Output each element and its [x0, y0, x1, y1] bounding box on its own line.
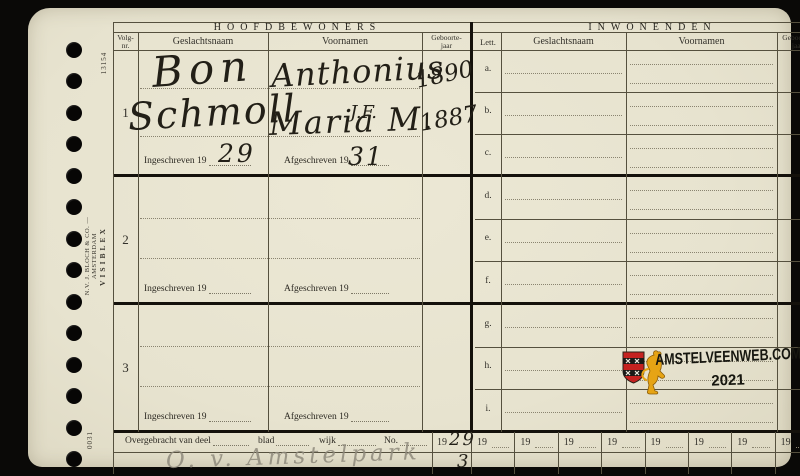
year-cell-border [688, 432, 689, 474]
lett-row-label: d. [478, 191, 498, 201]
register-card: 13154 N.V. J. BLOCH & CO. — AMSTERDAM VI… [28, 8, 791, 467]
stock-number-top: 13154 [100, 43, 110, 83]
handwritten-transfer-year: 29 [449, 431, 476, 449]
year-cell-border [731, 432, 732, 474]
writing-line [630, 294, 773, 295]
writing-line [630, 422, 773, 423]
year-cell-border [558, 432, 559, 474]
header-voornamen: Voornamen [268, 36, 422, 47]
year-cell-border [775, 432, 776, 474]
writing-line [630, 252, 773, 253]
lett-row-label: h. [478, 361, 498, 371]
writing-line [505, 157, 622, 158]
afgeschreven-label-3: Afgeschreven 19 [284, 412, 389, 422]
lett-row-label: i. [478, 404, 498, 414]
afgeschreven-label-2: Afgeschreven 19 [284, 284, 389, 294]
binder-hole [66, 294, 82, 310]
year-cell-leader [492, 447, 509, 448]
lett-row-label: b. [478, 106, 498, 116]
year-cell-leader [752, 447, 769, 448]
year-cell-leader [535, 447, 552, 448]
binder-hole [66, 42, 82, 58]
lett-row-label: a. [478, 64, 498, 74]
year-cell-prefix: 19 [651, 437, 661, 448]
header-geboortejaar-right: Geboorte- jaar [777, 34, 800, 50]
writing-line [505, 242, 622, 243]
transfer-year-prefix: 19 [437, 437, 447, 448]
lett-row-label: g. [478, 319, 498, 329]
writing-line [505, 370, 622, 371]
handwritten-surname-1: Bon [151, 45, 255, 94]
writing-line [630, 106, 773, 107]
writing-line [630, 275, 773, 276]
lett-row-label: f. [478, 276, 498, 286]
handwritten-transfer-number: 3 [457, 453, 468, 471]
watermark-year: 2021 [683, 370, 774, 390]
handwritten-afgeschreven-year: 31 [348, 144, 384, 169]
writing-line [630, 190, 773, 191]
year-cell-prefix: 19 [520, 437, 530, 448]
year-cell-prefix: 19 [477, 437, 487, 448]
binder-hole [66, 73, 82, 89]
writing-line [630, 209, 773, 210]
printer-imprint: N.V. J. BLOCH & CO. — AMSTERDAM VISIBLEX [84, 196, 104, 316]
binder-hole [66, 136, 82, 152]
year-cell-prefix: 19 [694, 437, 704, 448]
writing-line [505, 327, 622, 328]
row-divider [475, 219, 800, 220]
row-divider [475, 261, 800, 262]
writing-line [505, 284, 622, 285]
binder-hole [66, 325, 82, 341]
writing-line [630, 337, 773, 338]
year-cell-prefix: 19 [564, 437, 574, 448]
lett-row-label: c. [478, 148, 498, 158]
year-cell-prefix: 19 [607, 437, 617, 448]
header-geslachtsnaam-right: Geslachtsnaam [501, 36, 626, 47]
writing-line [630, 403, 773, 404]
printer-imprint-brand: VISIBLEX [98, 196, 107, 316]
writing-line [630, 125, 773, 126]
row-number-2: 2 [113, 232, 138, 248]
writing-line [505, 115, 622, 116]
binder-hole [66, 231, 82, 247]
writing-line [505, 412, 622, 413]
header-volgnr: Volg- nr. [113, 34, 138, 50]
pencil-note: O. v. Amstelpark [166, 441, 421, 473]
writing-line [630, 83, 773, 84]
binder-hole [66, 262, 82, 278]
handwritten-given-2: Maria M. [268, 102, 435, 140]
binder-hole [66, 199, 82, 215]
scanned-register-card-page: 13154 N.V. J. BLOCH & CO. — AMSTERDAM VI… [0, 0, 800, 476]
writing-line [505, 199, 622, 200]
writing-line [630, 167, 773, 168]
year-cell-leader [666, 447, 683, 448]
year-cell-leader [579, 447, 596, 448]
writing-line [630, 148, 773, 149]
shield [623, 352, 644, 383]
writing-line [630, 318, 773, 319]
handwritten-ingeschreven-year: 29 [218, 141, 256, 166]
year-cell-border [601, 432, 602, 474]
writing-line [630, 233, 773, 234]
row-divider [475, 134, 800, 135]
header-voornamen-right: Voornamen [626, 36, 777, 47]
binder-hole [66, 420, 82, 436]
header-lett: Lett. [475, 37, 501, 47]
year-cell-prefix: 19 [781, 437, 791, 448]
binder-hole [66, 105, 82, 121]
transfer-deel-label: Overgebracht van deel [125, 436, 249, 446]
binder-hole [66, 357, 82, 373]
watermark-site: AMSTELVEENWEB.COM [655, 345, 800, 370]
stock-number-bottom: 0031 [86, 425, 96, 455]
year-cell-border [514, 432, 515, 474]
ingeschreven-label-2: Ingeschreven 19 [144, 284, 251, 294]
year-cell-border [645, 432, 646, 474]
row-divider [475, 92, 800, 93]
binder-hole [66, 451, 82, 467]
writing-line [630, 64, 773, 65]
year-cell-prefix: 19 [737, 437, 747, 448]
year-cell-leader [622, 447, 639, 448]
header-geboortejaar: Geboorte- jaar [422, 34, 471, 50]
row-number-3: 3 [113, 360, 138, 376]
binder-hole [66, 168, 82, 184]
printer-imprint-company: N.V. J. BLOCH & CO. — AMSTERDAM [84, 196, 98, 316]
year-cell-leader [796, 447, 800, 448]
writing-line [505, 73, 622, 74]
year-cell-leader [709, 447, 726, 448]
lett-row-label: e. [478, 233, 498, 243]
lion-tail [642, 369, 648, 380]
ingeschreven-label-3: Ingeschreven 19 [144, 412, 251, 422]
binder-hole [66, 388, 82, 404]
